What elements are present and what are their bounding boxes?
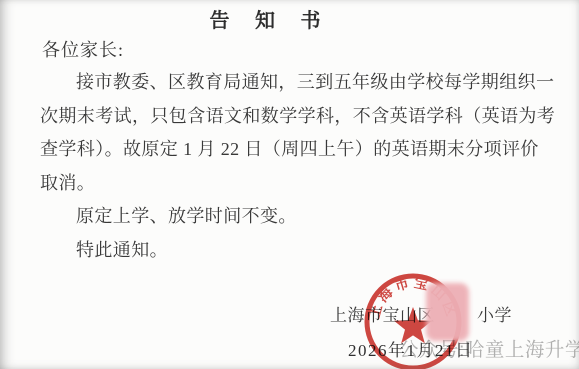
notice-body: 接市教委、区教育局通知，三到五年级由学校每学期组织一 次期末考试，只包含语文和数…	[40, 66, 545, 267]
body-line: 特此通知。	[40, 234, 545, 268]
body-line: 原定上学、放学时间不变。	[40, 200, 545, 234]
redaction-blur	[426, 283, 469, 341]
body-line: 查学科）。故原定 1 月 22 日（周四上午）的英语期末分项评价	[40, 133, 545, 167]
school-name-suffix: 小学	[477, 301, 512, 326]
salutation: 各位家长:	[42, 36, 124, 62]
notice-title: 告 知 书	[0, 4, 540, 33]
body-line: 接市教委、区教育局通知，三到五年级由学校每学期组织一	[40, 66, 545, 100]
watermark-text: 公众号:哈童上海升学	[399, 334, 579, 362]
body-line: 次期末考试，只包含语文和数学学科，不含英语学科（英语为考	[40, 100, 545, 134]
scanned-notice-document: 告 知 书 各位家长: 接市教委、区教育局通知，三到五年级由学校每学期组织一 次…	[0, 0, 579, 369]
body-line: 取消。	[40, 167, 545, 201]
